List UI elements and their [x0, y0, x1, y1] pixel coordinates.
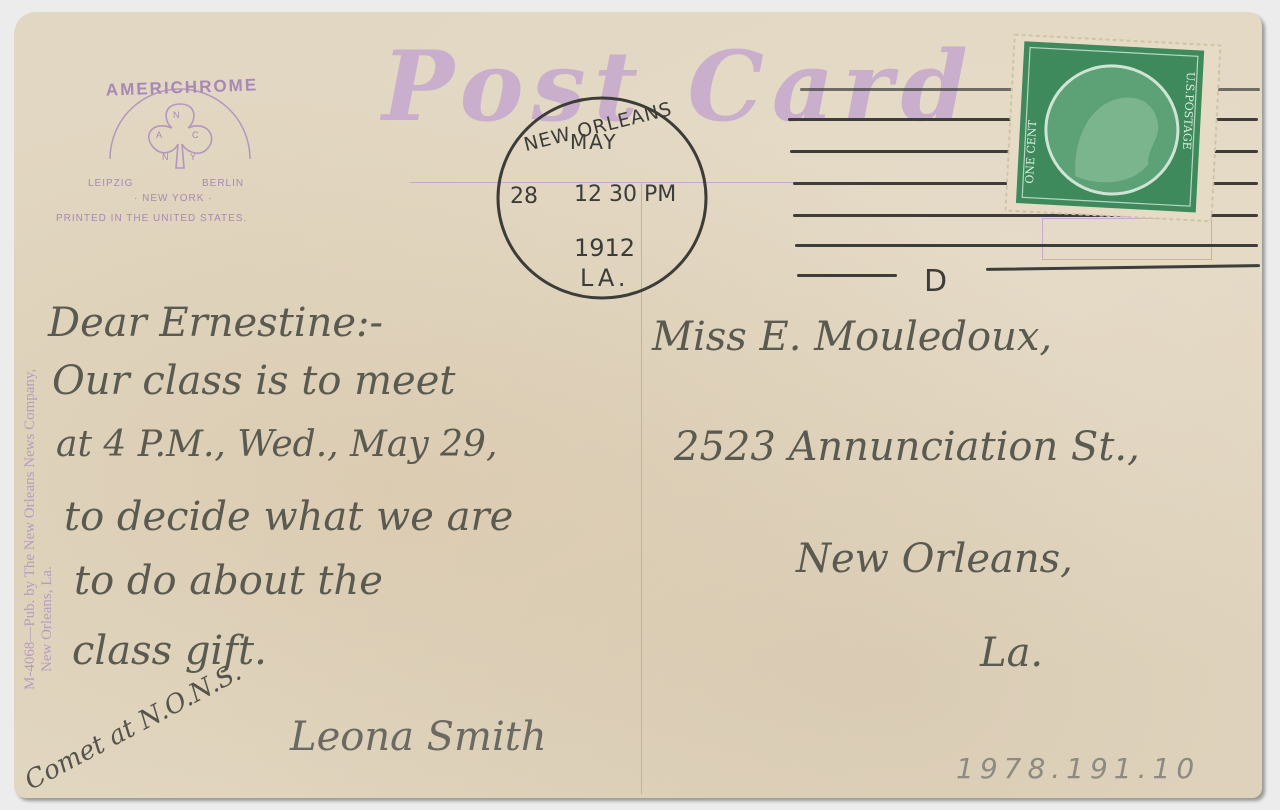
washington-one-cent-stamp-icon: U.S.POSTAGE ONE CENT	[1003, 33, 1222, 224]
monogram-letter: Y	[190, 152, 197, 162]
postmark-state: LA.	[580, 264, 630, 292]
monogram-letter: N	[162, 152, 170, 162]
postmark-time: 12 30 PM	[574, 182, 676, 207]
message-line-4: to decide what we are	[64, 494, 513, 540]
postmark: NEW ORLEANS MAY 28 12 30 PM 1912 LA.	[494, 94, 710, 302]
message-line-1: Dear Ernestine:-	[48, 300, 383, 346]
message-line-3: at 4 P.M., Wed., May 29,	[56, 424, 497, 465]
signature: Leona Smith	[290, 714, 547, 760]
postmark-day: 28	[510, 184, 538, 209]
imprint-line-1: M-4068—Pub. by The New Orleans News Comp…	[22, 369, 39, 690]
postmark-year: 1912	[574, 234, 635, 262]
cancel-line	[795, 244, 1258, 247]
address-line-4: La.	[980, 630, 1043, 676]
americhrome-logo: AMERICHROME N A C N Y LEIPZIG BERLIN · N…	[82, 64, 302, 234]
accession-number: 1978.191.10	[956, 752, 1200, 785]
postmark-month: MAY	[570, 130, 618, 154]
monogram-letter: N	[173, 110, 181, 120]
city-new-york: · NEW YORK ·	[134, 193, 212, 204]
message-line-5: to do about the	[74, 558, 383, 604]
monogram-letter: A	[156, 130, 163, 140]
publisher-imprint: M-4068—Pub. by The New Orleans News Comp…	[22, 369, 56, 690]
city-berlin: BERLIN	[202, 178, 244, 189]
printed-in-usa: PRINTED IN THE UNITED STATES.	[56, 213, 247, 224]
cancel-letter: D	[924, 264, 947, 299]
postage-stamp: U.S.POSTAGE ONE CENT	[1003, 33, 1222, 224]
address-line-3: New Orleans,	[796, 536, 1073, 582]
city-leipzig: LEIPZIG	[88, 178, 133, 189]
monogram-letter: C	[192, 130, 200, 140]
address-line-2: 2523 Annunciation St.,	[674, 424, 1140, 470]
address-line-1: Miss E. Mouledoux,	[652, 314, 1052, 360]
cancel-line	[797, 274, 897, 277]
stamp-placement-box	[1042, 218, 1212, 260]
message-line-2: Our class is to meet	[52, 358, 455, 404]
imprint-line-2: New Orleans, La.	[39, 369, 56, 690]
